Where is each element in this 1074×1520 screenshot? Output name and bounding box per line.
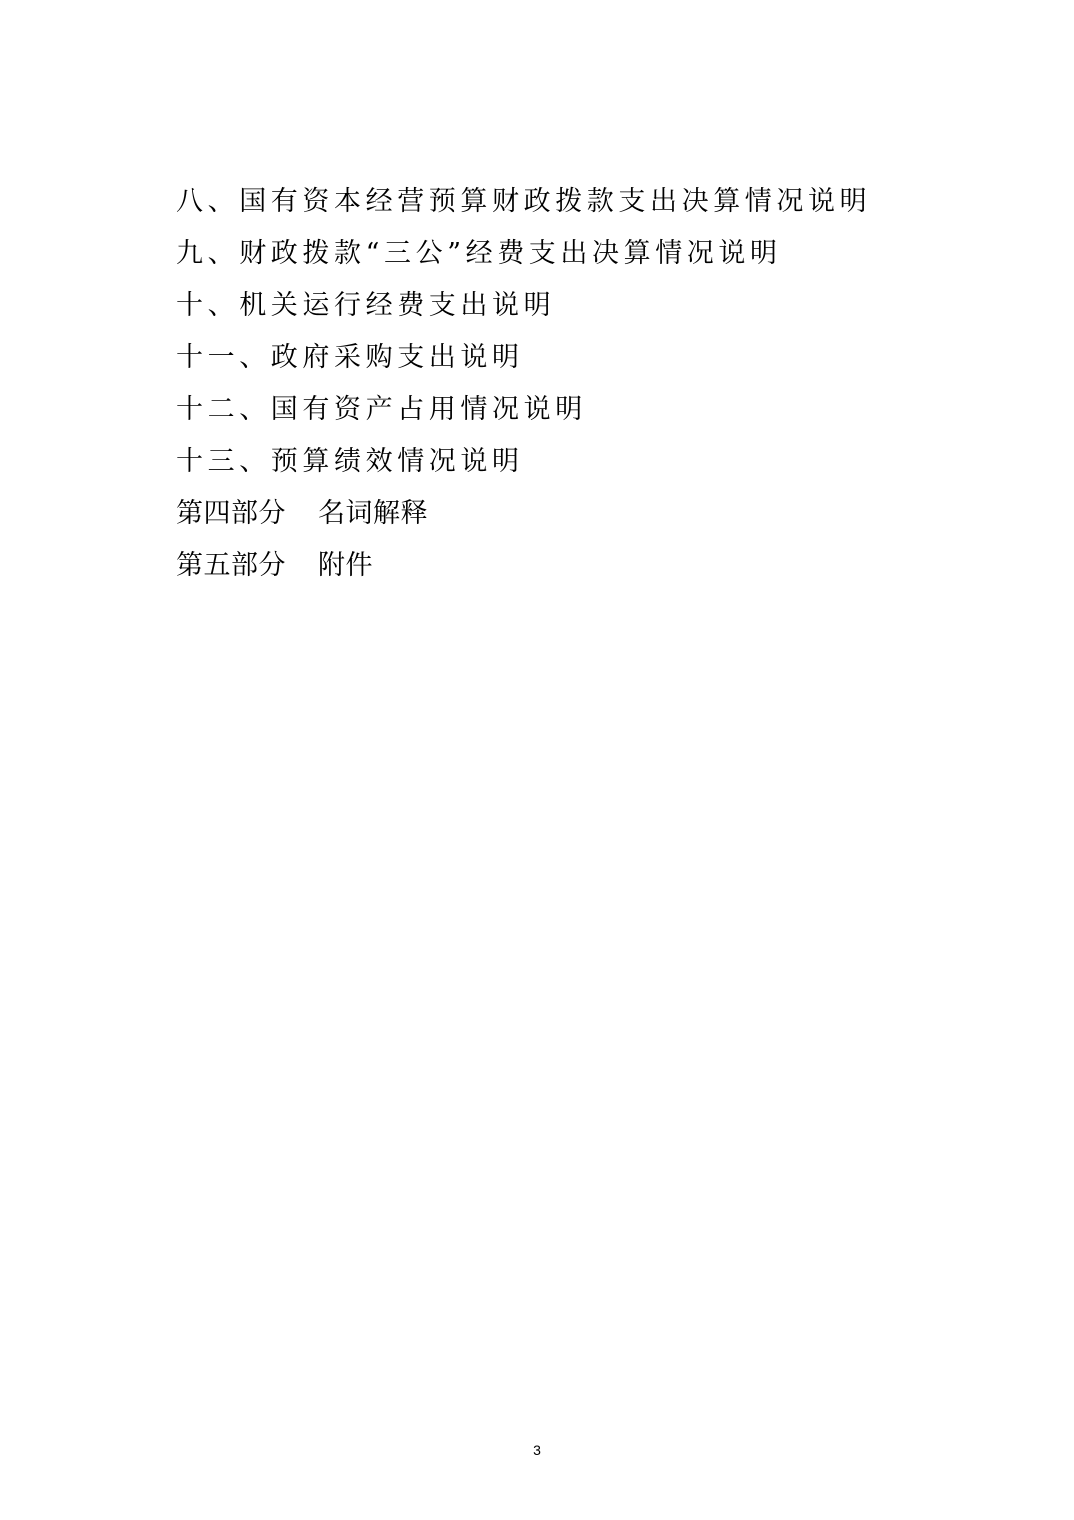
toc-item-part-5: 第五部分附件 (176, 542, 876, 594)
page-number: 3 (0, 1442, 1074, 1458)
toc-item-section-12: 十二、国有资产占用情况说明 (176, 386, 876, 438)
toc-item-section-9: 九、财政拨款“三公”经费支出决算情况说明 (176, 230, 876, 282)
toc-item-section-11: 十一、政府采购支出说明 (176, 334, 876, 386)
toc-item-section-10: 十、机关运行经费支出说明 (176, 282, 876, 334)
part-number: 第五部分 (176, 550, 286, 581)
table-of-contents: 八、国有资本经营预算财政拨款支出决算情况说明 九、财政拨款“三公”经费支出决算情… (176, 178, 876, 594)
document-page: 八、国有资本经营预算财政拨款支出决算情况说明 九、财政拨款“三公”经费支出决算情… (0, 0, 1074, 1520)
toc-item-section-13: 十三、预算绩效情况说明 (176, 438, 876, 490)
part-title: 附件 (318, 542, 373, 590)
toc-item-part-4: 第四部分名词解释 (176, 490, 876, 542)
part-title: 名词解释 (318, 490, 428, 538)
part-number: 第四部分 (176, 498, 286, 529)
toc-item-section-8: 八、国有资本经营预算财政拨款支出决算情况说明 (176, 178, 876, 230)
